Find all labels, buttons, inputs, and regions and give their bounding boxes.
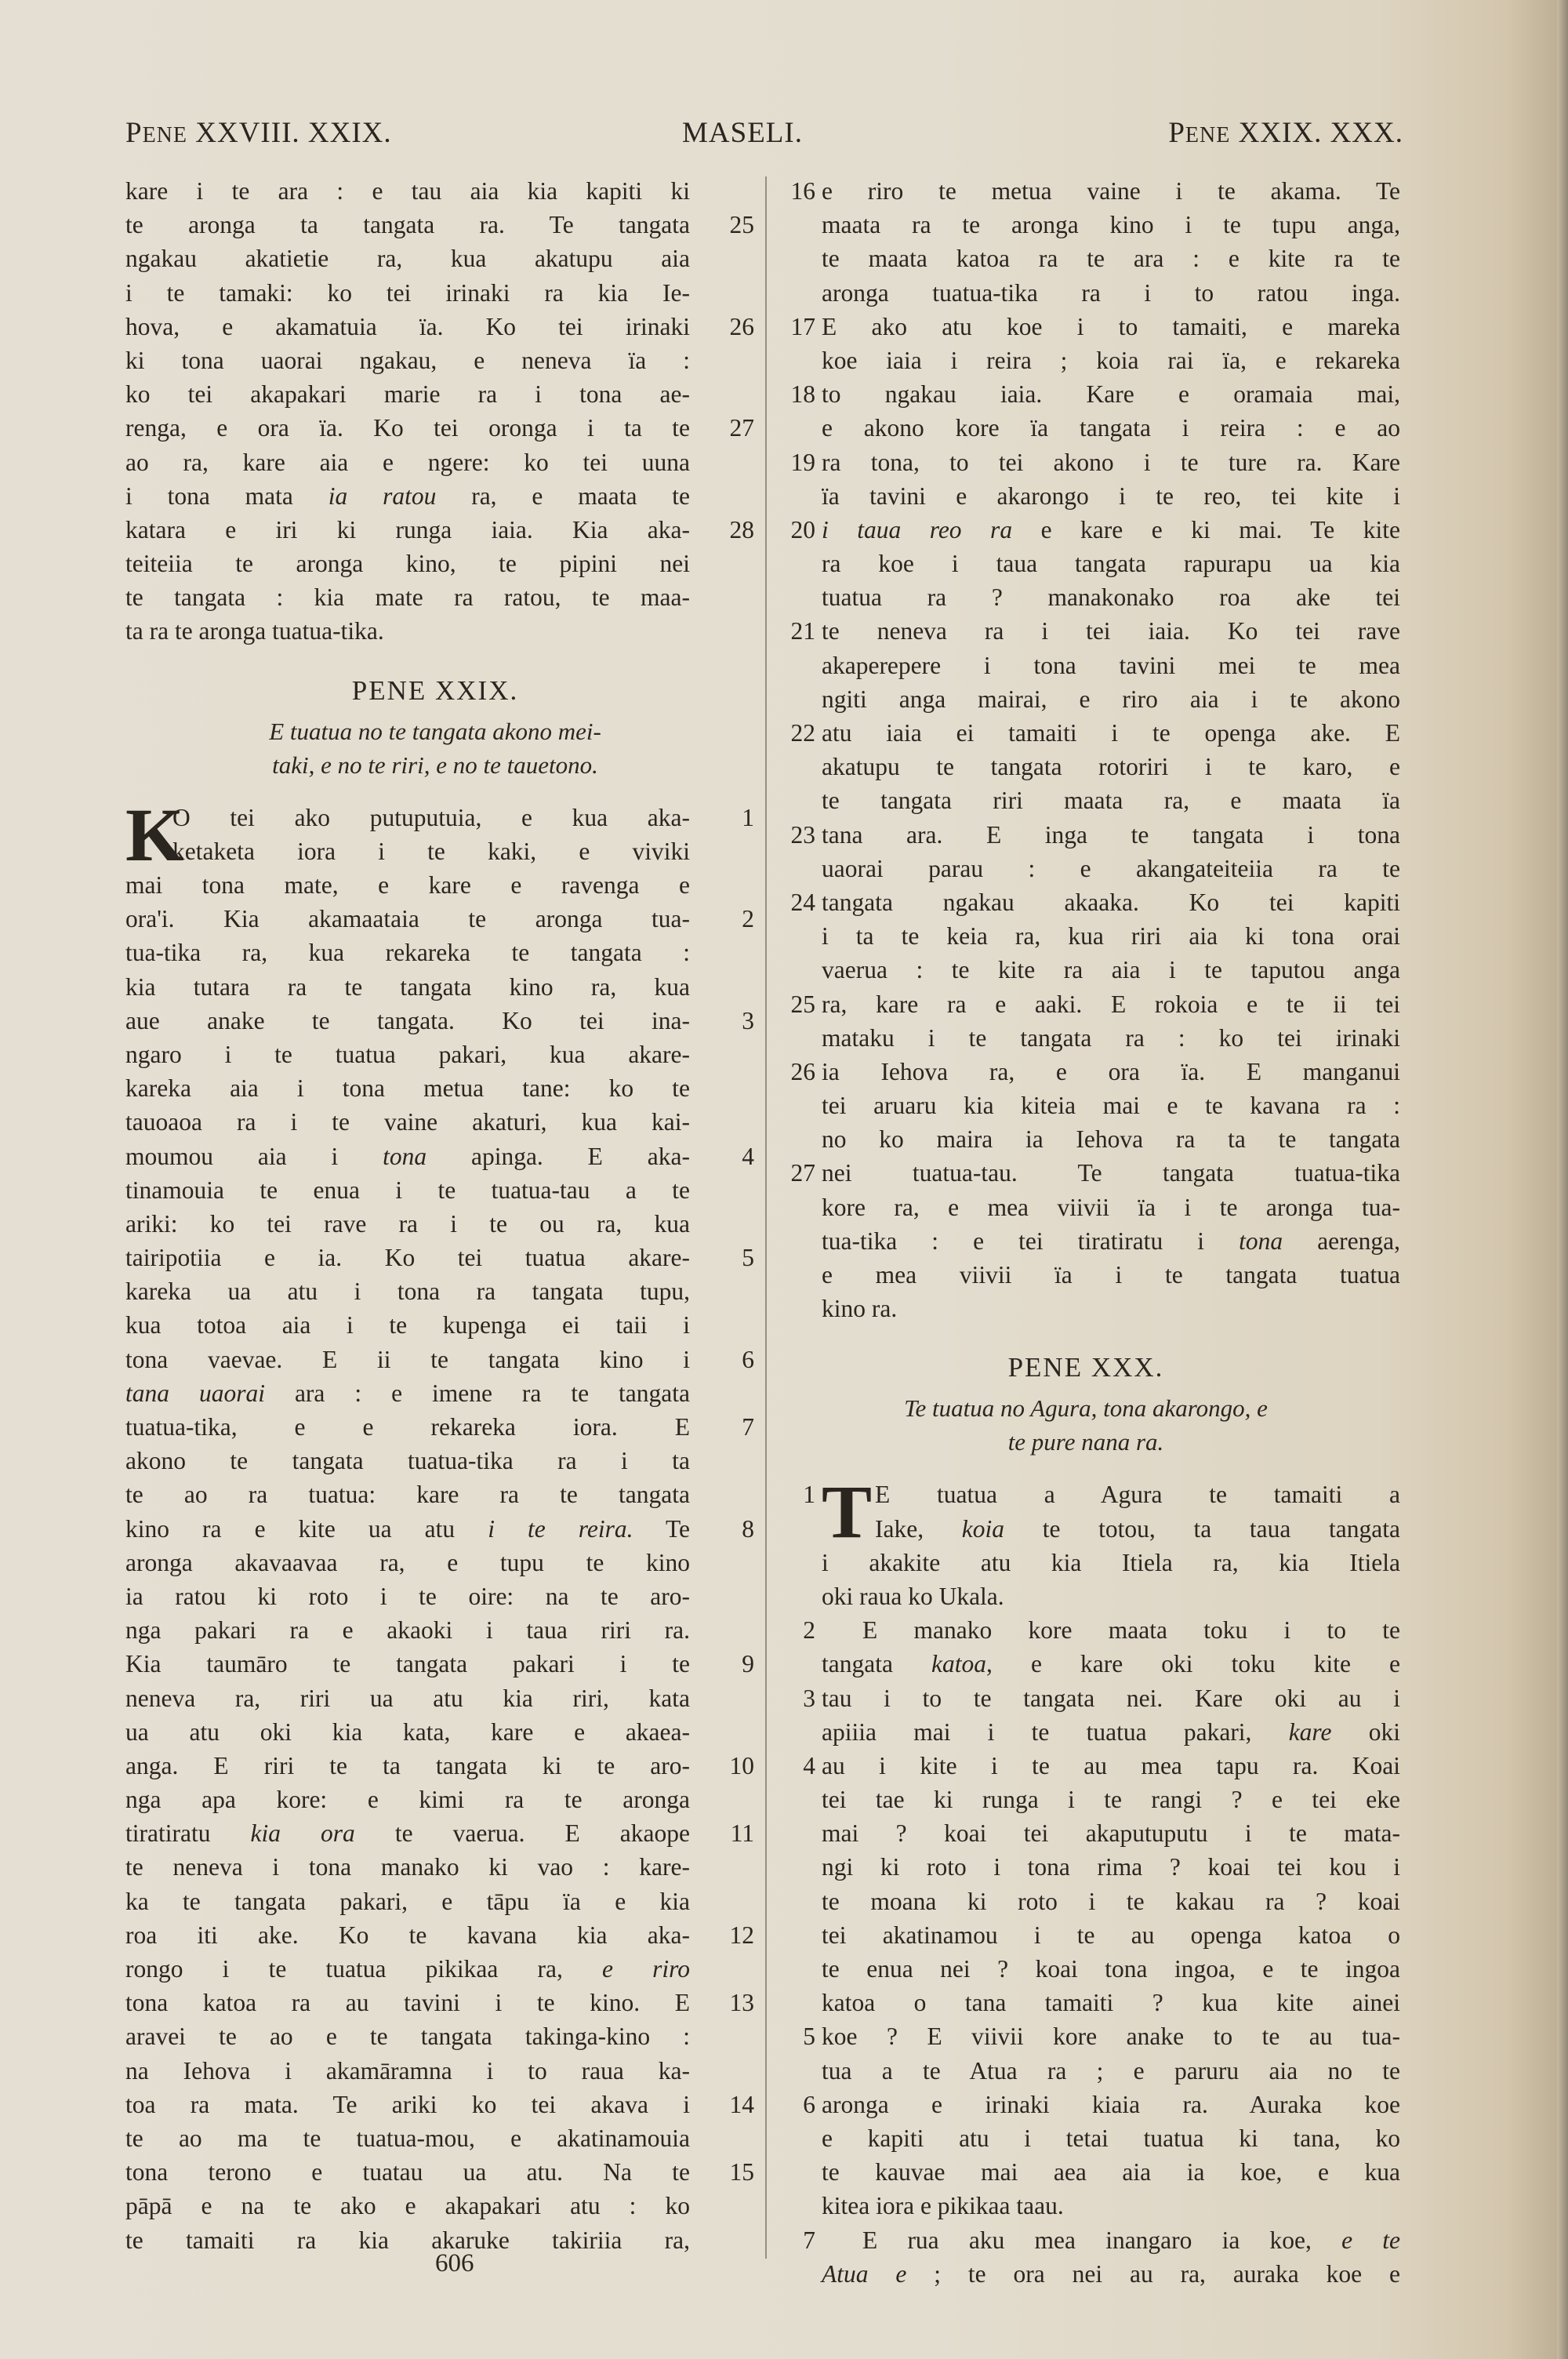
verse-text: te maata katoa ra te ara : e kite ra te bbox=[822, 242, 1400, 275]
verse-text: mai ? koai tei akaputuputu i te mata- bbox=[822, 1816, 1400, 1850]
text-line: Iake, koia te totou, ta taua tangata bbox=[768, 1512, 1403, 1546]
verse-number: 5 bbox=[707, 1241, 754, 1274]
text-line: ao ra, kare aia e ngere: ko tei uuna bbox=[125, 445, 745, 479]
verse-text: no ko maira ia Iehova ra ta te tangata bbox=[822, 1122, 1400, 1156]
verse-text: tuatua-tika, e e rekareka iora. E bbox=[125, 1410, 690, 1444]
verse-text: ngiti anga mairai, e riro aia i te akono bbox=[822, 682, 1400, 716]
verse-text: tei tae ki runga i te rangi ? e tei eke bbox=[822, 1783, 1400, 1816]
verse-number: 25 bbox=[707, 208, 754, 242]
text-line: tona terono e tuatau ua atu. Na te15 bbox=[125, 2155, 745, 2189]
text-line: i akakite atu kia Itiela ra, kia Itiela bbox=[768, 1546, 1403, 1579]
verse-text: Kia taumāro te tangata pakari i te bbox=[125, 1647, 690, 1681]
text-line: te ao ra tuatua: kare ra te tangata bbox=[125, 1478, 745, 1511]
verse-text: tau i to te tangata nei. Kare oki au i bbox=[822, 1681, 1400, 1715]
header-left-chapters: PENE XXVIII. XXIX. bbox=[125, 116, 392, 150]
verse-text: ao ra, kare aia e ngere: ko tei uuna bbox=[125, 445, 690, 479]
verse-number: 26 bbox=[768, 1055, 815, 1089]
text-line: na Iehova i akamāramna i to raua ka- bbox=[125, 2054, 745, 2088]
text-line: nei tuatua-tau. Te tangata tuatua-tika27 bbox=[768, 1156, 1403, 1190]
text-line: e riro te metua vaine i te akama. Te16 bbox=[768, 174, 1403, 208]
verse-number: 4 bbox=[707, 1140, 754, 1173]
verse-text: rongo i te tuatua pikikaa ra, e riro bbox=[125, 1952, 690, 1986]
summary-line: taki, e no te riri, e no te tauetono. bbox=[141, 748, 729, 782]
text-run: Iake, bbox=[875, 1515, 962, 1543]
verse-text: tiratiratu kia ora te vaerua. E akaope bbox=[125, 1816, 690, 1850]
verse-text: vaerua : te kite ra aia i te taputou ang… bbox=[822, 953, 1400, 987]
text-run: moumou aia i bbox=[125, 1143, 383, 1170]
verse-text: pāpā e na te ako e akapakari atu : ko bbox=[125, 2189, 690, 2223]
italic-phrase: tona bbox=[1239, 1227, 1283, 1255]
verse-text: E manako kore maata toku i to te bbox=[862, 1613, 1400, 1647]
italic-phrase: e riro bbox=[602, 1955, 690, 1983]
verse-text: aue anake te tangata. Ko tei ina- bbox=[125, 1004, 690, 1038]
text-line: tangata ngakau akaaka. Ko tei kapiti24 bbox=[768, 885, 1403, 919]
text-line: te moana ki roto i te kakau ra ? koai bbox=[768, 1885, 1403, 1918]
verse-text: tua-tika ra, kua rekareka te tangata : bbox=[125, 936, 690, 969]
text-line: tei tae ki runga i te rangi ? e tei eke bbox=[768, 1783, 1403, 1816]
text-line: ka te tangata pakari, e tāpu ïa e kia bbox=[125, 1885, 745, 1918]
verse-text: ua atu oki kia kata, kare e akaea- bbox=[125, 1715, 690, 1749]
italic-phrase: tana uaorai bbox=[125, 1379, 265, 1407]
verse-text: atu iaia ei tamaiti i te openga ake. E bbox=[822, 716, 1400, 750]
text-run: e kare e ki mai. Te kite bbox=[1012, 516, 1400, 543]
text-line: akatupu te tangata rotoriri i te karo, e bbox=[768, 750, 1403, 783]
verse-text: kia tutara ra te tangata kino ra, kua bbox=[125, 970, 690, 1004]
italic-phrase: ia ratou bbox=[328, 482, 437, 510]
verse-text: te tangata riri maata ra, e maata ïa bbox=[822, 783, 1400, 817]
verse-text: roa iti ake. Ko te kavana kia aka- bbox=[125, 1918, 690, 1952]
chapter-summary: Te tuatua no Agura, tona akarongo, ete p… bbox=[768, 1391, 1403, 1459]
text-line: O tei ako putuputuia, e kua aka-1K bbox=[125, 801, 745, 834]
chapter-heading: PENE XXX. bbox=[768, 1344, 1403, 1391]
text-line: mai tona mate, e kare e ravenga e bbox=[125, 868, 745, 902]
verse-text: Iake, koia te totou, ta taua tangata bbox=[875, 1512, 1400, 1546]
summary-line: Te tuatua no Agura, tona akarongo, e bbox=[784, 1391, 1388, 1425]
verse-text: toa ra mata. Te ariki ko tei akava i bbox=[125, 2088, 690, 2121]
text-line: ia ratou ki roto i te oire: na te aro- bbox=[125, 1579, 745, 1613]
text-line: roa iti ake. Ko te kavana kia aka-12 bbox=[125, 1918, 745, 1952]
verse-text: kareka aia i tona metua tane: ko te bbox=[125, 1071, 690, 1105]
verse-text: tairipotiia e ia. Ko tei tuatua akare- bbox=[125, 1241, 690, 1274]
verse-text: te neneva i tona manako ki vao : kare- bbox=[125, 1850, 690, 1884]
text-run: rongo i te tuatua pikikaa ra, bbox=[125, 1955, 602, 1983]
text-line: kore ra, e mea viivii ïa i te aronga tua… bbox=[768, 1190, 1403, 1224]
verse-text: E rua aku mea inangaro ia koe, e te bbox=[862, 2223, 1400, 2257]
verse-text: nga apa kore: e kimi ra te aronga bbox=[125, 1783, 690, 1816]
verse-number: 2 bbox=[707, 902, 754, 936]
verse-text: ia Iehova ra, e ora ïa. E manganui bbox=[822, 1055, 1400, 1089]
text-line: te neneva ra i tei iaia. Ko tei rave21 bbox=[768, 614, 1403, 648]
book-spine-edge bbox=[1557, 0, 1568, 2359]
text-line: tana uaorai ara : e imene ra te tangata bbox=[125, 1376, 745, 1410]
text-line: tuatua ra ? manakonako roa ake tei bbox=[768, 580, 1403, 614]
verse-text: koe ? E viivii kore anake to te au tua- bbox=[822, 2019, 1400, 2053]
header-right-prefix-rest: ENE bbox=[1185, 123, 1230, 147]
verse-text: E tuatua a Agura te tamaiti a bbox=[875, 1478, 1400, 1511]
text-line: kino ra e kite ua atu i te reira. Te8 bbox=[125, 1512, 745, 1546]
text-line: ketaketa iora i te kaki, e viviki bbox=[125, 834, 745, 868]
text-line: mai ? koai tei akaputuputu i te mata- bbox=[768, 1816, 1403, 1850]
text-line: i te tamaki: ko tei irinaki ra kia Ie- bbox=[125, 276, 745, 310]
verse-text: tua-tika : e tei tiratiratu i tona aeren… bbox=[822, 1224, 1400, 1258]
text-line: i ta te keia ra, kua riri aia ki tona or… bbox=[768, 919, 1403, 953]
summary-line: E tuatua no te tangata akono mei- bbox=[141, 714, 729, 748]
text-line: katara e iri ki runga iaia. Kia aka-28 bbox=[125, 513, 745, 547]
verse-number: 11 bbox=[707, 1816, 754, 1850]
text-line: to ngakau iaia. Kare e oramaia mai,18 bbox=[768, 377, 1403, 411]
verse-text: e mea viivii ïa i te tangata tuatua bbox=[822, 1258, 1400, 1292]
text-run: ra, e maata te bbox=[436, 482, 690, 510]
verse-text: tua a te Atua ra ; e paruru aia no te bbox=[822, 2054, 1400, 2088]
verse-number: 5 bbox=[768, 2019, 815, 2053]
header-left-prefix-rest: ENE bbox=[143, 123, 187, 147]
header-book-title: MASELI. bbox=[682, 116, 803, 150]
verse-text: e akono kore ïa tangata i reira : e ao bbox=[822, 411, 1400, 445]
verse-text: ki tona uaorai ngakau, e neneva ïa : bbox=[125, 343, 690, 377]
text-line: nga pakari ra e akaoki i taua riri ra. bbox=[125, 1613, 745, 1647]
text-line: akaperepere i tona tavini mei te mea bbox=[768, 649, 1403, 682]
text-line: kareka aia i tona metua tane: ko te bbox=[125, 1071, 745, 1105]
verse-text: tangata ngakau akaaka. Ko tei kapiti bbox=[822, 885, 1400, 919]
text-line: te tangata riri maata ra, e maata ïa bbox=[768, 783, 1403, 817]
text-line: mataku i te tangata ra : ko tei irinaki bbox=[768, 1021, 1403, 1055]
verse-text: uaorai parau : e akangateiteiia ra te bbox=[822, 852, 1400, 885]
text-run: tangata bbox=[822, 1650, 931, 1677]
verse-text: maata ra te aronga kino i te tupu anga, bbox=[822, 208, 1400, 242]
verse-text: kino ra e kite ua atu i te reira. Te bbox=[125, 1512, 690, 1546]
verse-text: tana ara. E inga te tangata i tona bbox=[822, 818, 1400, 852]
text-line: tua a te Atua ra ; e paruru aia no te bbox=[768, 2054, 1403, 2088]
verse-text: katara e iri ki runga iaia. Kia aka- bbox=[125, 513, 690, 547]
verse-text: ia ratou ki roto i te oire: na te aro- bbox=[125, 1579, 690, 1613]
page-number: 606 bbox=[435, 2249, 474, 2278]
text-line: katoa o tana tamaiti ? kua kite ainei bbox=[768, 1986, 1403, 2019]
text-line: moumou aia i tona apinga. E aka-4 bbox=[125, 1140, 745, 1173]
text-run: ara : e imene ra te tangata bbox=[265, 1379, 690, 1407]
verse-number: 3 bbox=[707, 1004, 754, 1038]
text-line: Atua e ; te ora nei au ra, auraka koe e bbox=[768, 2257, 1403, 2291]
text-line: tua-tika ra, kua rekareka te tangata : bbox=[125, 936, 745, 969]
verse-text: tauoaoa ra i te vaine akaturi, kua kai- bbox=[125, 1105, 690, 1139]
text-line: ua atu oki kia kata, kare e akaea- bbox=[125, 1715, 745, 1749]
header-right-prefix-cap: P bbox=[1168, 117, 1185, 149]
text-line: nga apa kore: e kimi ra te aronga bbox=[125, 1783, 745, 1816]
text-run: tiratiratu bbox=[125, 1819, 251, 1847]
verse-number: 19 bbox=[768, 445, 815, 479]
spacer bbox=[768, 1325, 1403, 1344]
verse-text: ora'i. Kia akamaataia te aronga tua- bbox=[125, 902, 690, 936]
verse-text: anga. E riri te ta tangata ki te aro- bbox=[125, 1749, 690, 1783]
verse-text: te enua nei ? koai tona ingoa, e te ingo… bbox=[822, 1952, 1400, 1986]
verse-text: te kauvae mai aea aia ia koe, e kua bbox=[822, 2155, 1400, 2189]
header-right-chapters: PENE XXIX. XXX. bbox=[1168, 116, 1403, 150]
verse-text: tei akatinamou i te au openga katoa o bbox=[822, 1918, 1400, 1952]
verse-text: tona terono e tuatau ua atu. Na te bbox=[125, 2155, 690, 2189]
header-left-numerals: XXVIII. XXIX. bbox=[195, 117, 391, 149]
text-line: aravei te ao e te tangata takinga-kino : bbox=[125, 2019, 745, 2053]
verse-text: i taua reo ra e kare e ki mai. Te kite bbox=[822, 513, 1400, 547]
verse-text: E ako atu koe i to tamaiti, e mareka bbox=[822, 310, 1400, 343]
text-run: i tona mata bbox=[125, 482, 328, 510]
verse-text: ka te tangata pakari, e tāpu ïa e kia bbox=[125, 1885, 690, 1918]
italic-phrase: tona bbox=[383, 1143, 426, 1170]
text-run: aerenga, bbox=[1283, 1227, 1400, 1255]
text-line: ora'i. Kia akamaataia te aronga tua-2 bbox=[125, 902, 745, 936]
verse-number: 23 bbox=[768, 818, 815, 852]
text-line: ko tei akapakari marie ra i tona ae- bbox=[125, 377, 745, 411]
text-line: toa ra mata. Te ariki ko tei akava i14 bbox=[125, 2088, 745, 2121]
verse-number: 9 bbox=[707, 1647, 754, 1681]
text-line: e akono kore ïa tangata i reira : e ao bbox=[768, 411, 1403, 445]
verse-text: nga pakari ra e akaoki i taua riri ra. bbox=[125, 1613, 690, 1647]
verse-text: kareka ua atu i tona ra tangata tupu, bbox=[125, 1274, 690, 1308]
verse-text: mai tona mate, e kare e ravenga e bbox=[125, 868, 690, 902]
text-line: koe iaia i reira ; koia rai ïa, e rekare… bbox=[768, 343, 1403, 377]
verse-text: O tei ako putuputuia, e kua aka- bbox=[172, 801, 690, 834]
verse-text: te tangata : kia mate ra ratou, te maa- bbox=[125, 580, 690, 614]
italic-phrase: katoa bbox=[931, 1650, 986, 1677]
verse-text: na Iehova i akamāramna i to raua ka- bbox=[125, 2054, 690, 2088]
text-run: kino ra e kite ua atu bbox=[125, 1515, 488, 1543]
verse-number: 26 bbox=[707, 310, 754, 343]
chapter-heading: PENE XXIX. bbox=[125, 667, 745, 714]
verse-number: 16 bbox=[768, 174, 815, 208]
text-run: , e kare oki toku kite e bbox=[986, 1650, 1400, 1677]
text-line: tei akatinamou i te au openga katoa o bbox=[768, 1918, 1403, 1952]
header-left-prefix-cap: P bbox=[125, 117, 143, 149]
text-line: vaerua : te kite ra aia i te taputou ang… bbox=[768, 953, 1403, 987]
italic-phrase: Atua e bbox=[822, 2260, 906, 2288]
verse-text: tinamouia te enua i te tuatua-tau a te bbox=[125, 1173, 690, 1207]
verse-text: akaperepere i tona tavini mei te mea bbox=[822, 649, 1400, 682]
verse-text: kua totoa aia i te kupenga ei taii i bbox=[125, 1308, 690, 1342]
verse-text: ra koe i taua tangata rapurapu ua kia bbox=[822, 547, 1400, 580]
spacer bbox=[125, 782, 745, 801]
verse-text: tangata katoa, e kare oki toku kite e bbox=[822, 1647, 1400, 1681]
verse-text: to ngakau iaia. Kare e oramaia mai, bbox=[822, 377, 1400, 411]
verse-text: aravei te ao e te tangata takinga-kino : bbox=[125, 2019, 690, 2053]
verse-number: 20 bbox=[768, 513, 815, 547]
text-line: te neneva i tona manako ki vao : kare- bbox=[125, 1850, 745, 1884]
verse-text: ta ra te aronga tuatua-tika. bbox=[125, 614, 690, 648]
verse-text: aronga e irinaki kiaia ra. Auraka koe bbox=[822, 2088, 1400, 2121]
text-line: koe ? E viivii kore anake to te au tua-5 bbox=[768, 2019, 1403, 2053]
italic-phrase: i taua reo ra bbox=[822, 516, 1012, 543]
text-line: tau i to te tangata nei. Kare oki au i3 bbox=[768, 1681, 1403, 1715]
verse-text: apiiia mai i te tuatua pakari, kare oki bbox=[822, 1715, 1400, 1749]
verse-text: te aronga ta tangata ra. Te tangata bbox=[125, 208, 690, 242]
text-line: oki raua ko Ukala. bbox=[768, 1579, 1403, 1613]
verse-text: tei aruaru kia kiteia mai e te kavana ra… bbox=[822, 1089, 1400, 1122]
header-right-numerals: XXIX. XXX. bbox=[1239, 117, 1403, 149]
text-line: te ao ma te tuatua-mou, e akatinamouia bbox=[125, 2121, 745, 2155]
verse-text: tona katoa ra au tavini i te kino. E bbox=[125, 1986, 690, 2019]
text-run: Te bbox=[633, 1515, 690, 1543]
text-line: teiteiia te aronga kino, te pipini nei bbox=[125, 547, 745, 580]
text-run: apiiia mai i te tuatua pakari, bbox=[822, 1718, 1289, 1746]
verse-text: ngakau akatietie ra, kua akatupu aia bbox=[125, 242, 690, 275]
verse-number: 1 bbox=[707, 801, 754, 834]
text-line: aronga e irinaki kiaia ra. Auraka koe6 bbox=[768, 2088, 1403, 2121]
verse-number: 27 bbox=[768, 1156, 815, 1190]
text-line: kino ra. bbox=[768, 1292, 1403, 1325]
text-line: ra koe i taua tangata rapurapu ua kia bbox=[768, 547, 1403, 580]
text-line: tana ara. E inga te tangata i tona23 bbox=[768, 818, 1403, 852]
verse-text: akatupu te tangata rotoriri i te karo, e bbox=[822, 750, 1400, 783]
italic-phrase: kia ora bbox=[251, 1819, 355, 1847]
verse-text: mataku i te tangata ra : ko tei irinaki bbox=[822, 1021, 1400, 1055]
right-column: e riro te metua vaine i te akama. Te16ma… bbox=[768, 174, 1403, 2291]
spacer bbox=[125, 649, 745, 667]
text-line: ra tona, to tei akono i te ture ra. Kare… bbox=[768, 445, 1403, 479]
verse-text: katoa o tana tamaiti ? kua kite ainei bbox=[822, 1986, 1400, 2019]
verse-number: 6 bbox=[768, 2088, 815, 2121]
text-line: tiratiratu kia ora te vaerua. E akaope11 bbox=[125, 1816, 745, 1850]
verse-number: 1 bbox=[768, 1478, 815, 1511]
text-line: te maata katoa ra te ara : e kite ra te bbox=[768, 242, 1403, 275]
verse-text: ngaro i te tuatua pakari, kua akare- bbox=[125, 1038, 690, 1071]
verse-number: 18 bbox=[768, 377, 815, 411]
italic-phrase: kare bbox=[1289, 1718, 1332, 1746]
verse-text: aronga akavaavaa ra, e tupu te kino bbox=[125, 1546, 690, 1579]
verse-text: i akakite atu kia Itiela ra, kia Itiela bbox=[822, 1546, 1400, 1579]
verse-text: i te tamaki: ko tei irinaki ra kia Ie- bbox=[125, 276, 690, 310]
text-line: ia Iehova ra, e ora ïa. E manganui26 bbox=[768, 1055, 1403, 1089]
text-run: tua-tika : e tei tiratiratu i bbox=[822, 1227, 1239, 1255]
text-line: tua-tika : e tei tiratiratu i tona aeren… bbox=[768, 1224, 1403, 1258]
text-line: no ko maira ia Iehova ra ta te tangata bbox=[768, 1122, 1403, 1156]
text-line: tinamouia te enua i te tuatua-tau a te bbox=[125, 1173, 745, 1207]
text-line: aronga akavaavaa ra, e tupu te kino bbox=[125, 1546, 745, 1579]
text-line: ta ra te aronga tuatua-tika. bbox=[125, 614, 745, 648]
verse-number: 21 bbox=[768, 614, 815, 648]
verse-text: renga, e ora ïa. Ko tei oronga i ta te bbox=[125, 411, 690, 445]
verse-text: te neneva ra i tei iaia. Ko tei rave bbox=[822, 614, 1400, 648]
verse-text: aronga tuatua-tika ra i to ratou inga. bbox=[822, 276, 1400, 310]
text-line: kitea iora e pikikaa taau. bbox=[768, 2189, 1403, 2223]
italic-phrase: i te reira. bbox=[488, 1515, 633, 1543]
verse-text: ra, kare ra e aaki. E rokoia e te ii tei bbox=[822, 987, 1400, 1021]
text-line: renga, e ora ïa. Ko tei oronga i ta te27 bbox=[125, 411, 745, 445]
text-line: akono te tangata tuatua-tika ra i ta bbox=[125, 1444, 745, 1478]
text-line: ki tona uaorai ngakau, e neneva ïa : bbox=[125, 343, 745, 377]
text-line: apiiia mai i te tuatua pakari, kare oki bbox=[768, 1715, 1403, 1749]
text-line: tangata katoa, e kare oki toku kite e bbox=[768, 1647, 1403, 1681]
text-line: kareka ua atu i tona ra tangata tupu, bbox=[125, 1274, 745, 1308]
verse-text: te tamaiti ra kia akaruke takiriia ra, bbox=[125, 2223, 690, 2257]
column-divider bbox=[765, 176, 767, 2259]
text-line: neneva ra, riri ua atu kia riri, kata bbox=[125, 1681, 745, 1715]
verse-text: hova, e akamatuia ïa. Ko tei irinaki bbox=[125, 310, 690, 343]
text-line: tei aruaru kia kiteia mai e te kavana ra… bbox=[768, 1089, 1403, 1122]
verse-text: ra tona, to tei akono i te ture ra. Kare bbox=[822, 445, 1400, 479]
text-line: e kapiti atu i tetai tuatua ki tana, ko bbox=[768, 2121, 1403, 2155]
verse-number: 28 bbox=[707, 513, 754, 547]
verse-text: i tona mata ia ratou ra, e maata te bbox=[125, 479, 690, 513]
text-line: kia tutara ra te tangata kino ra, kua bbox=[125, 970, 745, 1004]
text-line: E rua aku mea inangaro ia koe, e te7 bbox=[768, 2223, 1403, 2257]
text-line: te enua nei ? koai tona ingoa, e te ingo… bbox=[768, 1952, 1403, 1986]
text-line: ra, kare ra e aaki. E rokoia e te ii tei… bbox=[768, 987, 1403, 1021]
summary-line: te pure nana ra. bbox=[784, 1425, 1388, 1459]
verse-number: 13 bbox=[707, 1986, 754, 2019]
text-line: anga. E riri te ta tangata ki te aro-10 bbox=[125, 1749, 745, 1783]
text-line: te tangata : kia mate ra ratou, te maa- bbox=[125, 580, 745, 614]
text-line: uaorai parau : e akangateiteiia ra te bbox=[768, 852, 1403, 885]
verse-number: 12 bbox=[707, 1918, 754, 1952]
text-line: ngaro i te tuatua pakari, kua akare- bbox=[125, 1038, 745, 1071]
verse-text: koe iaia i reira ; koia rai ïa, e rekare… bbox=[822, 343, 1400, 377]
text-line: tauoaoa ra i te vaine akaturi, kua kai- bbox=[125, 1105, 745, 1139]
text-run: apinga. E aka- bbox=[426, 1143, 690, 1170]
verse-text: kino ra. bbox=[822, 1292, 1400, 1325]
verse-text: Atua e ; te ora nei au ra, auraka koe e bbox=[822, 2257, 1400, 2291]
verse-text: oki raua ko Ukala. bbox=[822, 1579, 1400, 1613]
text-line: hova, e akamatuia ïa. Ko tei irinaki26 bbox=[125, 310, 745, 343]
verse-text: kore ra, e mea viivii ïa i te aronga tua… bbox=[822, 1190, 1400, 1224]
left-column: kare i te ara : e tau aia kia kapiti kit… bbox=[125, 174, 745, 2257]
verse-text: ngi ki roto i tona rima ? koai tei kou i bbox=[822, 1850, 1400, 1884]
text-line: kare i te ara : e tau aia kia kapiti ki bbox=[125, 174, 745, 208]
chapter-summary: E tuatua no te tangata akono mei-taki, e… bbox=[125, 714, 745, 782]
text-run: te vaerua. E akaope bbox=[355, 1819, 690, 1847]
verse-number: 7 bbox=[707, 1410, 754, 1444]
text-line: ariki: ko tei rave ra i te ou ra, kua bbox=[125, 1207, 745, 1241]
verse-text: au i kite i te au mea tapu ra. Koai bbox=[822, 1749, 1400, 1783]
text-line: rongo i te tuatua pikikaa ra, e riro bbox=[125, 1952, 745, 1986]
verse-text: e riro te metua vaine i te akama. Te bbox=[822, 174, 1400, 208]
verse-text: ketaketa iora i te kaki, e viviki bbox=[172, 834, 690, 868]
text-line: e mea viivii ïa i te tangata tuatua bbox=[768, 1258, 1403, 1292]
verse-text: akono te tangata tuatua-tika ra i ta bbox=[125, 1444, 690, 1478]
text-line: ngakau akatietie ra, kua akatupu aia bbox=[125, 242, 745, 275]
verse-text: te moana ki roto i te kakau ra ? koai bbox=[822, 1885, 1400, 1918]
verse-number: 2 bbox=[768, 1613, 815, 1647]
verse-number: 22 bbox=[768, 716, 815, 750]
verse-text: ïa tavini e akarongo i te reo, tei kite … bbox=[822, 479, 1400, 513]
text-line: tairipotiia e ia. Ko tei tuatua akare-5 bbox=[125, 1241, 745, 1274]
text-line: maata ra te aronga kino i te tupu anga, bbox=[768, 208, 1403, 242]
text-run: ; te ora nei au ra, auraka koe e bbox=[906, 2260, 1400, 2288]
italic-phrase: e te bbox=[1341, 2226, 1400, 2254]
verse-text: neneva ra, riri ua atu kia riri, kata bbox=[125, 1681, 690, 1715]
text-line: aronga tuatua-tika ra i to ratou inga. bbox=[768, 276, 1403, 310]
text-line: Kia taumāro te tangata pakari i te9 bbox=[125, 1647, 745, 1681]
verse-text: i ta te keia ra, kua riri aia ki tona or… bbox=[822, 919, 1400, 953]
verse-text: tuatua ra ? manakonako roa ake tei bbox=[822, 580, 1400, 614]
verse-text: ko tei akapakari marie ra i tona ae- bbox=[125, 377, 690, 411]
verse-number: 24 bbox=[768, 885, 815, 919]
text-line: ïa tavini e akarongo i te reo, tei kite … bbox=[768, 479, 1403, 513]
text-line: E tuatua a Agura te tamaiti a1T bbox=[768, 1478, 1403, 1511]
verse-text: te ao ra tuatua: kare ra te tangata bbox=[125, 1478, 690, 1511]
verse-number: 7 bbox=[768, 2223, 815, 2257]
verse-number: 15 bbox=[707, 2155, 754, 2189]
verse-text: moumou aia i tona apinga. E aka- bbox=[125, 1140, 690, 1173]
verse-number: 4 bbox=[768, 1749, 815, 1783]
text-line: i tona mata ia ratou ra, e maata te bbox=[125, 479, 745, 513]
text-line: pāpā e na te ako e akapakari atu : ko bbox=[125, 2189, 745, 2223]
text-line: ngiti anga mairai, e riro aia i te akono bbox=[768, 682, 1403, 716]
text-line: te kauvae mai aea aia ia koe, e kua bbox=[768, 2155, 1403, 2189]
verse-text: teiteiia te aronga kino, te pipini nei bbox=[125, 547, 690, 580]
running-header: PENE XXVIII. XXIX. MASELI. PENE XXIX. XX… bbox=[125, 116, 1403, 155]
text-line: i taua reo ra e kare e ki mai. Te kite20 bbox=[768, 513, 1403, 547]
verse-text: kitea iora e pikikaa taau. bbox=[822, 2189, 1400, 2223]
verse-text: tana uaorai ara : e imene ra te tangata bbox=[125, 1376, 690, 1410]
text-line: E ako atu koe i to tamaiti, e mareka17 bbox=[768, 310, 1403, 343]
text-line: tuatua-tika, e e rekareka iora. E7 bbox=[125, 1410, 745, 1444]
